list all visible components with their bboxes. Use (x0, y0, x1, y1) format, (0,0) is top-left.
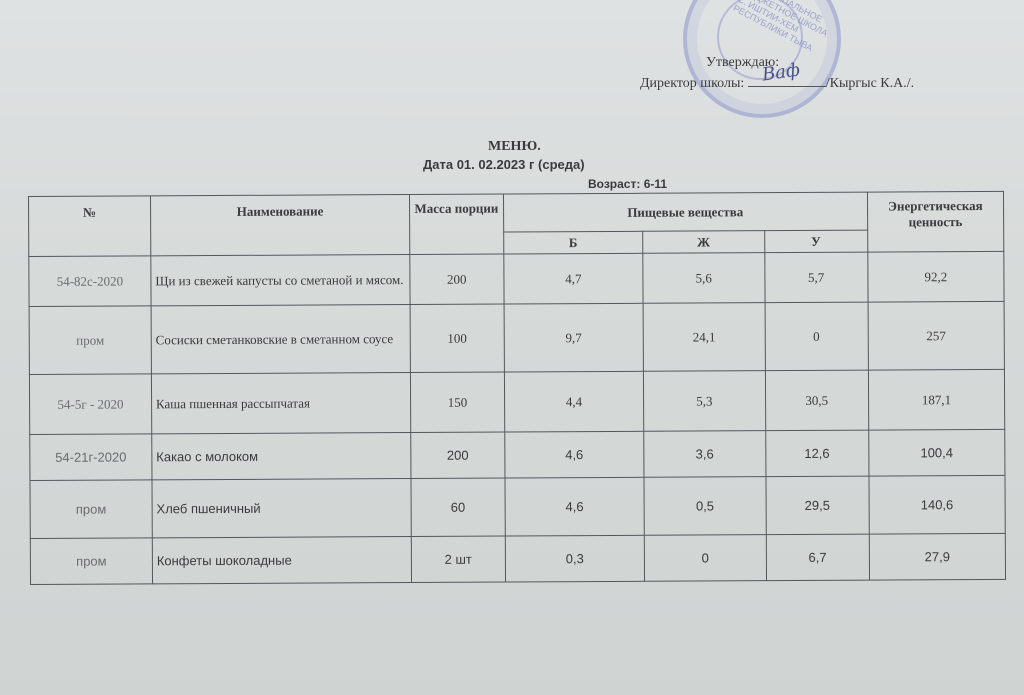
table-row: промКонфеты шоколадные2 шт0,306,727,9 (30, 533, 1005, 584)
cell-energy: 140,6 (869, 475, 1006, 534)
cell-energy: 92,2 (868, 251, 1005, 302)
cell-name: Конфеты шоколадные (152, 536, 411, 583)
cell-protein: 4,4 (504, 371, 644, 432)
cell-fat: 0,5 (644, 477, 766, 536)
cell-name: Сосиски сметанковские в сметанном соусе (151, 305, 411, 374)
col-header-energy: Энергетическая ценность (867, 191, 1004, 252)
cell-carbs: 29,5 (766, 476, 869, 535)
cell-name: Хлеб пшеничный (152, 478, 411, 537)
col-header-name: Наименование (150, 195, 409, 256)
cell-carbs: 5,7 (764, 252, 867, 303)
table-row: 54-21г-2020Какао с молоком2004,63,612,61… (30, 429, 1005, 480)
cell-protein: 4,7 (503, 253, 643, 304)
director-name: /Кыргыс К.А./. (826, 76, 914, 91)
col-header-fat: Ж (643, 231, 765, 254)
cell-energy: 27,9 (869, 533, 1006, 580)
menu-date: Дата 01. 02.2023 г (среда) (423, 157, 585, 172)
cell-fat: 24,1 (643, 303, 765, 372)
cell-name: Какао с молоком (152, 432, 411, 479)
cell-fat: 3,6 (644, 431, 766, 478)
cell-mass: 150 (411, 372, 505, 432)
cell-code: пром (30, 480, 152, 539)
cell-name: Щи из свежей капусты со сметаной и мясом… (151, 255, 410, 306)
cell-energy: 187,1 (868, 369, 1005, 430)
cell-carbs: 6,7 (766, 534, 869, 581)
signature: Ваф (761, 59, 802, 85)
cell-mass: 200 (410, 254, 504, 304)
cell-fat: 5,3 (644, 371, 766, 432)
cell-mass: 60 (411, 478, 505, 536)
cell-fat: 0 (644, 535, 766, 582)
cell-code: пром (30, 538, 152, 585)
table-row: промСосиски сметанковские в сметанном со… (29, 301, 1004, 374)
table-row: 54-5г - 2020Каша пшенная рассыпчатая1504… (29, 369, 1004, 434)
cell-energy: 100,4 (868, 429, 1005, 476)
age-group: Возраст: 6-11 (588, 177, 667, 191)
cell-energy: 257 (868, 301, 1005, 370)
cell-code: 54-21г-2020 (30, 434, 152, 481)
cell-carbs: 30,5 (765, 370, 868, 431)
cell-carbs: 0 (765, 302, 869, 371)
page-title: МЕНЮ. (488, 139, 541, 155)
col-header-nutrients: Пищевые вещества (503, 192, 867, 232)
cell-mass: 200 (411, 432, 505, 478)
col-header-protein: Б (503, 231, 643, 254)
cell-fat: 5,6 (643, 253, 765, 304)
cell-mass: 100 (410, 304, 504, 372)
cell-code: 54-82с-2020 (29, 256, 151, 307)
cell-protein: 9,7 (504, 303, 644, 372)
menu-table: № Наименование Масса порции Пищевые веще… (28, 191, 1006, 585)
cell-code: пром (29, 306, 151, 375)
cell-protein: 4,6 (504, 431, 644, 478)
cell-mass: 2 шт (411, 536, 505, 582)
signature-line: Ваф (748, 74, 826, 87)
col-header-no: № (29, 196, 151, 257)
cell-code: 54-5г - 2020 (29, 374, 151, 435)
col-header-carbs: У (764, 230, 867, 253)
cell-name: Каша пшенная рассыпчатая (151, 372, 410, 433)
col-header-mass: Масса порции (410, 194, 504, 254)
cell-protein: 4,6 (505, 477, 645, 536)
director-label: Директор школы: (640, 76, 744, 91)
table-row: 54-82с-2020Щи из свежей капусты со смета… (29, 251, 1004, 306)
cell-protein: 0,3 (505, 535, 645, 582)
table-row: промХлеб пшеничный604,60,529,5140,6 (30, 475, 1005, 538)
director-line: Директор школы: Ваф /Кыргыс К.А./. (640, 74, 914, 92)
cell-carbs: 12,6 (765, 430, 868, 477)
